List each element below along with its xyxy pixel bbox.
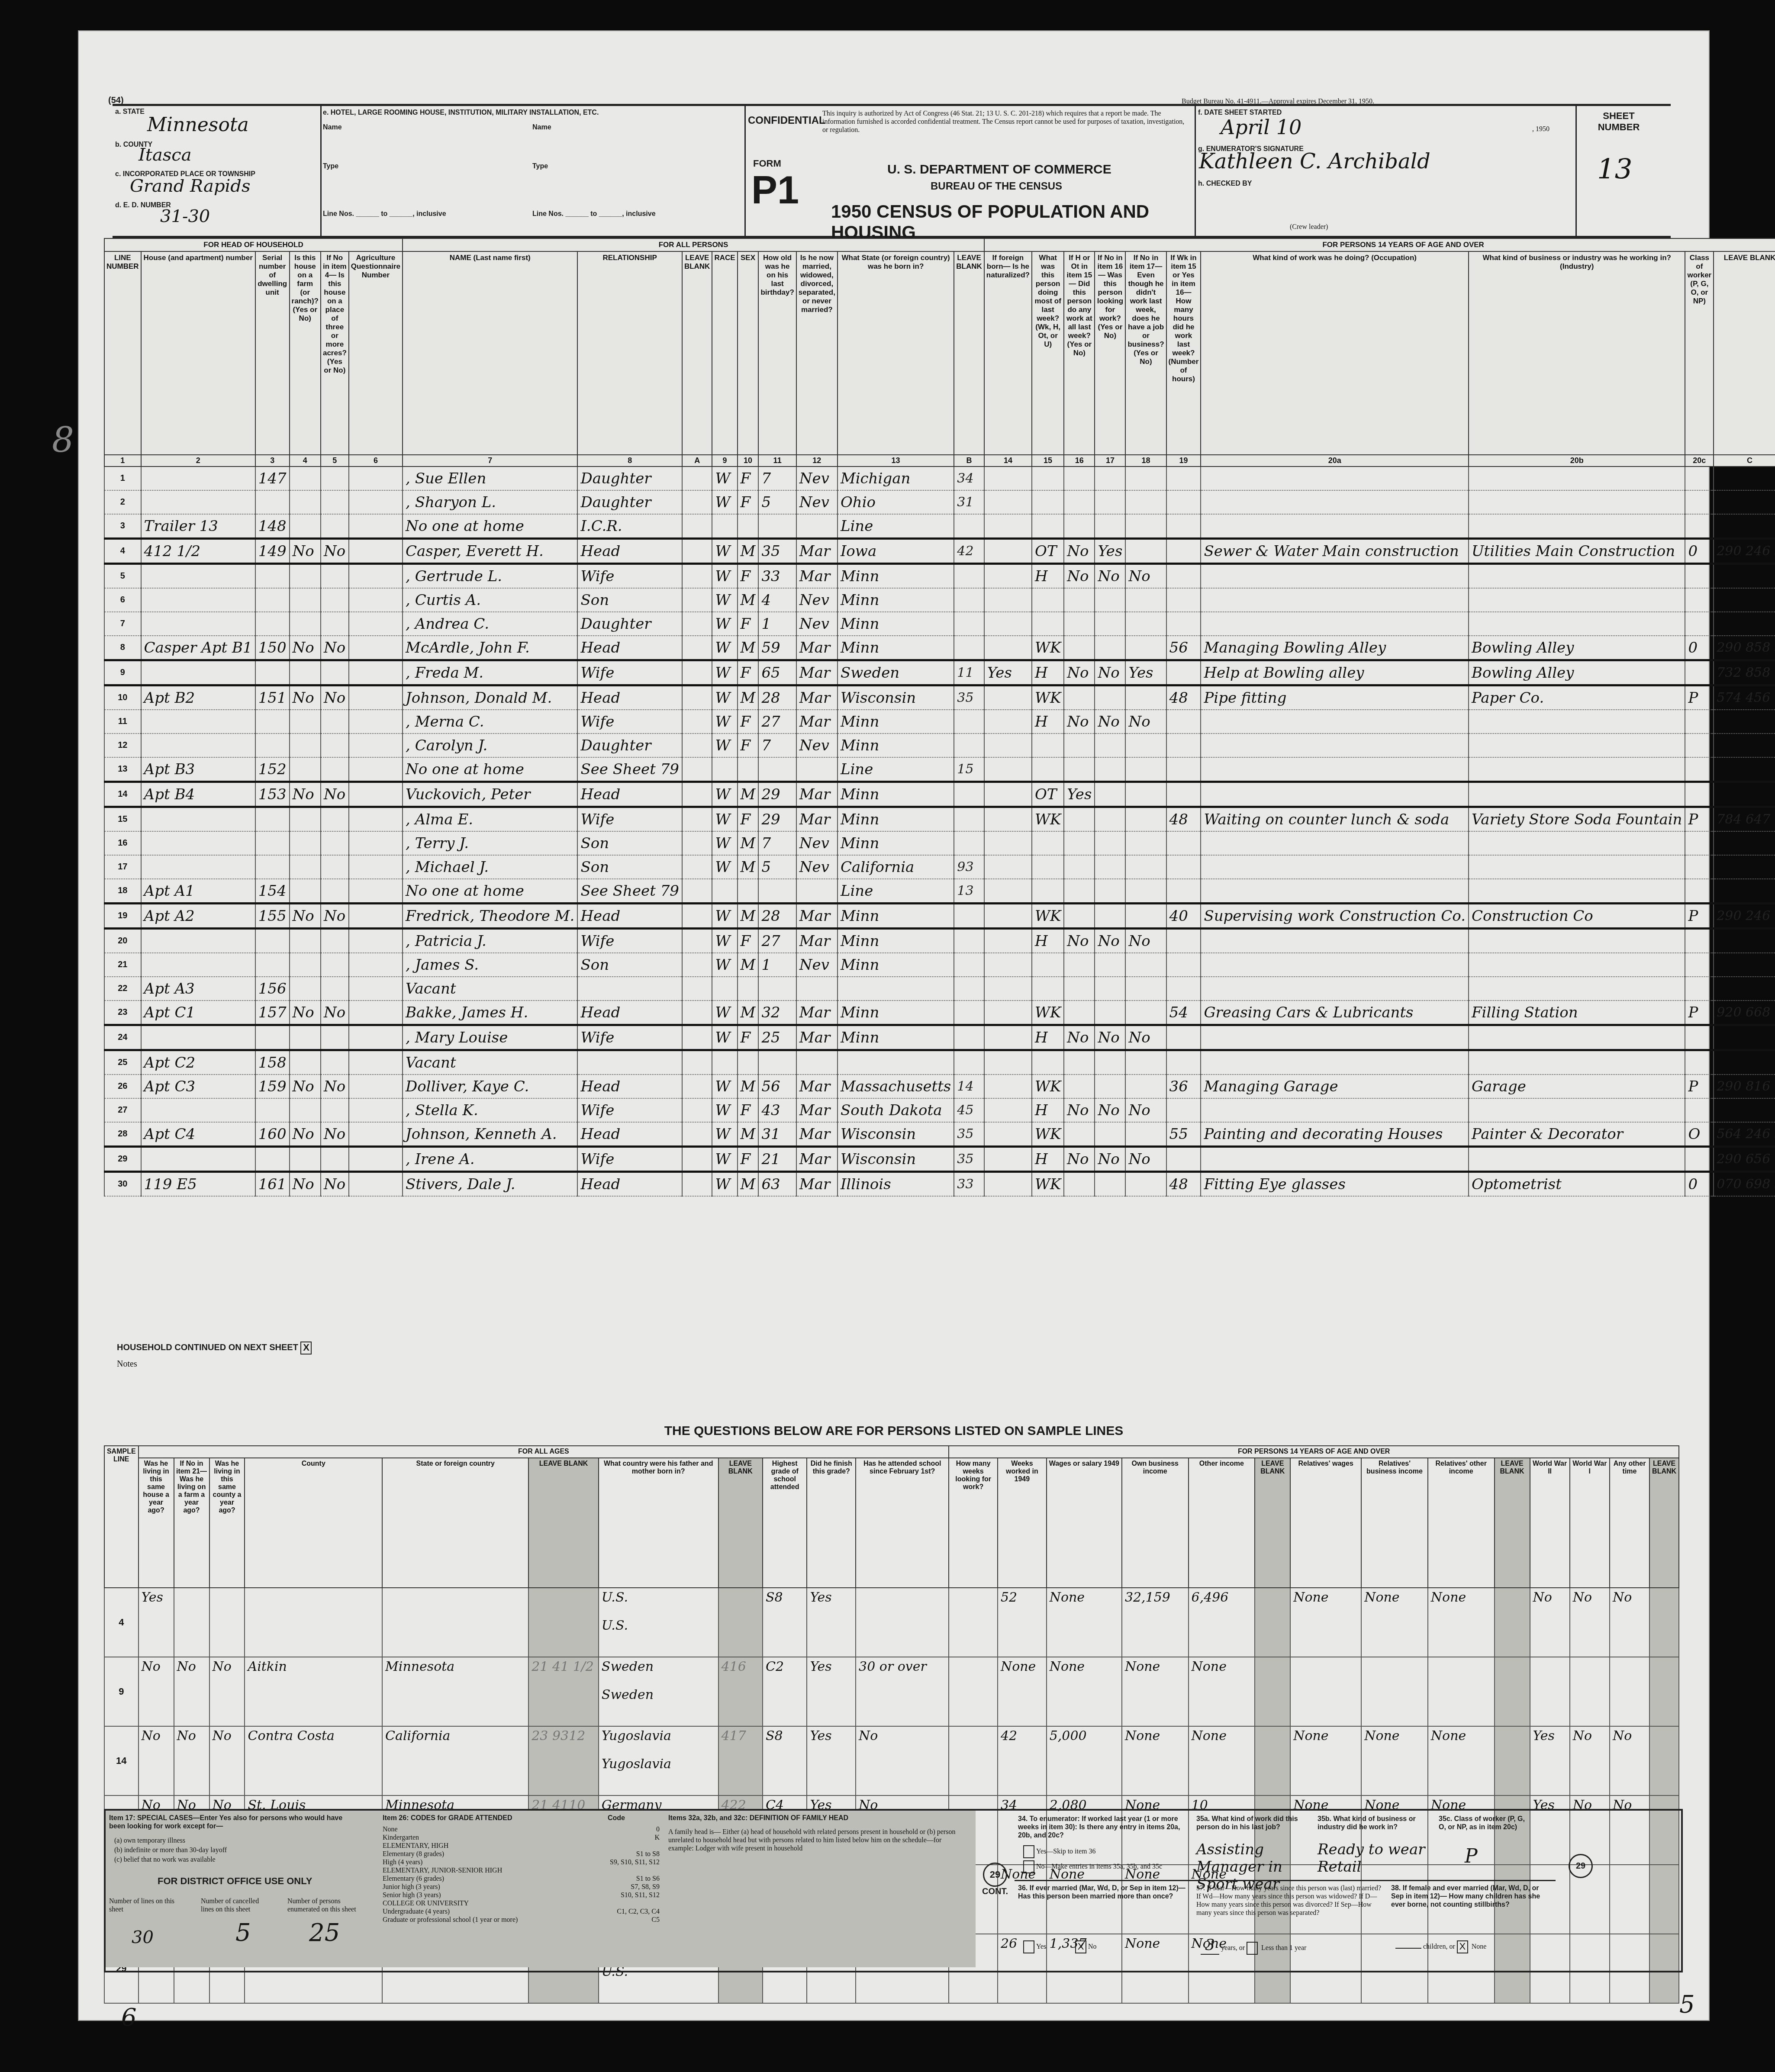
cell-race: W xyxy=(712,904,737,929)
cell-industry xyxy=(1469,1025,1685,1050)
colnum-12: 12 xyxy=(796,455,838,467)
line-number: 23 xyxy=(104,1001,141,1025)
cell-code xyxy=(1714,467,1775,490)
cell-farm: No xyxy=(290,1122,321,1147)
cell-hours xyxy=(1166,514,1201,539)
blank-cell xyxy=(349,564,403,589)
sample-cell-attended xyxy=(856,1588,949,1657)
cell-birthplace: Massachusetts xyxy=(838,1075,954,1098)
cell-class xyxy=(1685,1025,1714,1050)
inst-lines-label-1: Line Nos. ______ to ______, inclusive xyxy=(323,210,446,218)
line-number: 20 xyxy=(104,929,141,953)
sample-cell-ww1 xyxy=(1570,1657,1610,1726)
blank-cell xyxy=(349,953,403,977)
cell-acres: No xyxy=(321,636,349,660)
q34-no-checkbox[interactable] xyxy=(1023,1860,1034,1873)
cell-serial xyxy=(255,1147,290,1172)
sample-cell-e xyxy=(718,1588,763,1657)
cell-name: , Andrea C. xyxy=(403,612,577,636)
cell-rel: See Sheet 79 xyxy=(577,879,682,904)
sample-cell-q21: Yes xyxy=(139,1588,174,1657)
cell-house xyxy=(141,1098,255,1122)
cell-q18 xyxy=(1125,831,1166,855)
cell-sex: F xyxy=(738,929,759,953)
blank-cell xyxy=(349,588,403,612)
cell-farm xyxy=(290,588,321,612)
cell-rel xyxy=(577,1050,682,1075)
cell-marital: Nev xyxy=(796,953,838,977)
cell-activity xyxy=(1032,977,1064,1001)
cell-age: 5 xyxy=(758,855,796,879)
cell-b xyxy=(954,929,984,953)
cell-sex: F xyxy=(738,807,759,832)
cell-b: 11 xyxy=(954,660,984,685)
blank-cell xyxy=(682,588,712,612)
blank-cell xyxy=(349,879,403,904)
cell-name: , Carolyn J. xyxy=(403,734,577,757)
cell-name: Johnson, Donald M. xyxy=(403,685,577,710)
inst-name-label-1: Name xyxy=(323,123,342,132)
cell-serial: 151 xyxy=(255,685,290,710)
institution-block: e. HOTEL, LARGE ROOMING HOUSE, INSTITUTI… xyxy=(320,106,746,236)
cell-age: 7 xyxy=(758,734,796,757)
cell-name: , Alma E. xyxy=(403,807,577,832)
cell-sex: M xyxy=(738,1172,759,1197)
col-header-agri: Agriculture Questionnaire Number xyxy=(349,251,403,455)
cell-q18: No xyxy=(1125,929,1166,953)
sample-cell-wages: None xyxy=(1047,1657,1122,1726)
cell-house xyxy=(141,929,255,953)
cell-industry xyxy=(1469,612,1685,636)
cell-race: W xyxy=(712,807,737,832)
blank-cell xyxy=(349,1122,403,1147)
blank-cell xyxy=(682,1001,712,1025)
cell-age: 7 xyxy=(758,831,796,855)
cell-nat xyxy=(984,1075,1032,1098)
q36-yes-label: Yes xyxy=(1036,1943,1046,1950)
cell-acres: No xyxy=(321,1122,349,1147)
sample-cell-state: Minnesota xyxy=(382,1657,528,1726)
cell-q17: No xyxy=(1095,660,1125,685)
cell-industry xyxy=(1469,588,1685,612)
sample-col-21: Was he living in this same house a year … xyxy=(139,1458,174,1588)
cell-activity: H xyxy=(1032,1098,1064,1122)
col-header-q16: If H or Ot in item 15— Did this person d… xyxy=(1064,251,1095,455)
sample-cell-county: Aitkin xyxy=(245,1657,382,1726)
cell-rel: Head xyxy=(577,1122,682,1147)
cell-serial: 148 xyxy=(255,514,290,539)
grade-code-label: Graduate or professional school (1 year … xyxy=(383,1916,518,1924)
cell-sex xyxy=(738,757,759,782)
table-row: 18Apt A1154No one at homeSee Sheet 79Lin… xyxy=(104,879,1775,904)
cell-nat xyxy=(984,757,1032,782)
cell-b: 42 xyxy=(954,539,984,564)
crew-leader-label: (Crew leader) xyxy=(1290,223,1328,231)
cell-activity: H xyxy=(1032,929,1064,953)
blank-cell xyxy=(682,782,712,807)
cell-q16: No xyxy=(1064,1025,1095,1050)
cell-race: W xyxy=(712,710,737,734)
cell-q18 xyxy=(1125,734,1166,757)
grade-code-label: ELEMENTARY, JUNIOR-SENIOR HIGH xyxy=(383,1866,502,1875)
col-header-farm: Is this house on a farm (or ranch)? (Yes… xyxy=(290,251,321,455)
sample-col-32b: Relatives' business income xyxy=(1361,1458,1428,1588)
cell-age: 5 xyxy=(758,490,796,514)
cell-serial xyxy=(255,564,290,589)
cell-name: , Patricia J. xyxy=(403,929,577,953)
cell-sex: M xyxy=(738,855,759,879)
cell-code: 574 456 1 xyxy=(1714,685,1775,710)
cell-q16 xyxy=(1064,467,1095,490)
grade-code-row: Junior high (3 years)S7, S8, S9 xyxy=(383,1883,660,1891)
cell-farm: No xyxy=(290,685,321,710)
q34-yes-label: Yes—Skip to item 36 xyxy=(1036,1848,1096,1855)
sample-col-32a: Relatives' wages xyxy=(1290,1458,1361,1588)
q36-yes-checkbox[interactable] xyxy=(1023,1940,1034,1953)
section-all-persons: FOR ALL PERSONS xyxy=(403,238,984,251)
q38-none-checkbox[interactable]: X xyxy=(1457,1940,1468,1953)
cell-rel: Wife xyxy=(577,1025,682,1050)
cell-hours: 36 xyxy=(1166,1075,1201,1098)
cell-hours xyxy=(1166,564,1201,589)
cell-nat xyxy=(984,564,1032,589)
cell-serial xyxy=(255,490,290,514)
cell-birthplace: California xyxy=(838,855,954,879)
sample-questions-title: THE QUESTIONS BELOW ARE FOR PERSONS LIST… xyxy=(78,1424,1710,1438)
colnum-c: C xyxy=(1714,455,1775,467)
cell-activity xyxy=(1032,612,1064,636)
cell-q18 xyxy=(1125,855,1166,879)
cell-birthplace xyxy=(838,1050,954,1075)
cell-birthplace: Minn xyxy=(838,1001,954,1025)
cell-serial xyxy=(255,588,290,612)
line-number: 16 xyxy=(104,831,141,855)
cell-age: 27 xyxy=(758,929,796,953)
line-number: 29 xyxy=(104,1147,141,1172)
cell-activity xyxy=(1032,734,1064,757)
cell-birthplace: Wisconsin xyxy=(838,1122,954,1147)
cell-hours xyxy=(1166,855,1201,879)
cell-house xyxy=(141,855,255,879)
cell-q17 xyxy=(1095,612,1125,636)
cell-class xyxy=(1685,831,1714,855)
blank-cell xyxy=(349,757,403,782)
cell-age: 28 xyxy=(758,904,796,929)
cell-serial: 154 xyxy=(255,879,290,904)
household-continued-checkbox[interactable]: X xyxy=(300,1342,312,1355)
cell-acres xyxy=(321,660,349,685)
cell-class: P xyxy=(1685,1001,1714,1025)
colnum-15: 15 xyxy=(1032,455,1064,467)
q36-no-label: No xyxy=(1088,1943,1097,1950)
cell-house xyxy=(141,467,255,490)
cell-marital: Mar xyxy=(796,929,838,953)
table-row: 14Apt B4153NoNoVuckovich, PeterHeadWM29M… xyxy=(104,782,1775,807)
sample-cell-weeks_looking xyxy=(949,1657,998,1726)
line-number: 27 xyxy=(104,1098,141,1122)
cell-code xyxy=(1714,855,1775,879)
col-header-acres: If No in item 4— Is this house on a plac… xyxy=(321,251,349,455)
cell-farm: No xyxy=(290,1001,321,1025)
cell-marital: Mar xyxy=(796,660,838,685)
cell-birthplace: Minn xyxy=(838,612,954,636)
cell-birthplace: Minn xyxy=(838,1025,954,1050)
grade-code-row: Elementary (6 grades)S1 to S6 xyxy=(383,1875,660,1883)
grade-code-row: KindergartenK xyxy=(383,1834,660,1842)
cell-activity: WK xyxy=(1032,636,1064,660)
colnum-5: 5 xyxy=(321,455,349,467)
sample-col-32c: Relatives' other income xyxy=(1428,1458,1495,1588)
cell-acres xyxy=(321,879,349,904)
cell-activity: WK xyxy=(1032,1172,1064,1197)
margin-mark-bottom-left: 6 xyxy=(121,2004,137,2032)
state-label: a. STATE xyxy=(115,108,145,116)
cell-class: P xyxy=(1685,807,1714,832)
cell-birthplace: Wisconsin xyxy=(838,1147,954,1172)
sample-cell-rel_business: None xyxy=(1361,1726,1428,1795)
cell-q17: No xyxy=(1095,710,1125,734)
cell-hours xyxy=(1166,1147,1201,1172)
cell-birthplace: Line xyxy=(838,879,954,904)
cell-farm xyxy=(290,1147,321,1172)
cell-age: 1 xyxy=(758,612,796,636)
cell-nat xyxy=(984,612,1032,636)
cell-code xyxy=(1714,490,1775,514)
cell-industry: Painter & Decorator xyxy=(1469,1122,1685,1147)
cell-sex: F xyxy=(738,612,759,636)
cell-nat xyxy=(984,685,1032,710)
cell-code: 784 647 1 xyxy=(1714,807,1775,832)
cell-industry xyxy=(1469,734,1685,757)
cell-q17 xyxy=(1095,1122,1125,1147)
grade-code-row: None0 xyxy=(383,1825,660,1834)
q37-years: 3 xyxy=(1201,1936,1219,1955)
cell-age: 29 xyxy=(758,807,796,832)
cell-class xyxy=(1685,1098,1714,1122)
colnum-a: A xyxy=(682,455,712,467)
line-number: 12 xyxy=(104,734,141,757)
blank-cell xyxy=(682,1172,712,1197)
q38-children-blank[interactable] xyxy=(1395,1948,1421,1949)
line-number: 8 xyxy=(104,636,141,660)
lines-count-label: Number of lines on this sheet xyxy=(109,1897,178,1914)
cell-industry xyxy=(1469,782,1685,807)
place-value: Grand Rapids xyxy=(130,176,250,196)
cell-q17 xyxy=(1095,831,1125,855)
cell-age: 31 xyxy=(758,1122,796,1147)
blank-cell xyxy=(349,467,403,490)
bureau-name: BUREAU OF THE CENSUS xyxy=(931,180,1062,193)
cell-activity: WK xyxy=(1032,1122,1064,1147)
cell-industry xyxy=(1469,1050,1685,1075)
cell-acres xyxy=(321,977,349,1001)
cell-q18 xyxy=(1125,636,1166,660)
line-number: 18 xyxy=(104,879,141,904)
cell-acres xyxy=(321,1147,349,1172)
col-header-class: Class of worker (P, G, O, or NP) xyxy=(1685,251,1714,455)
cell-class xyxy=(1685,1050,1714,1075)
cell-q18: No xyxy=(1125,1025,1166,1050)
title-block: CONFIDENTIAL This inquiry is authorized … xyxy=(744,106,1196,236)
cell-b: 31 xyxy=(954,490,984,514)
cell-house: Apt A2 xyxy=(141,904,255,929)
blank-cell xyxy=(682,757,712,782)
sample-cell-q22: No xyxy=(174,1726,209,1795)
cell-race: W xyxy=(712,490,737,514)
col-header-q17: If No in item 16— Was this person lookin… xyxy=(1095,251,1125,455)
grade-code-value: K xyxy=(654,1834,660,1842)
line-number: 9 xyxy=(104,660,141,685)
cell-sex: F xyxy=(738,1025,759,1050)
cell-birthplace: Wisconsin xyxy=(838,685,954,710)
cell-marital: Mar xyxy=(796,782,838,807)
cell-name: No one at home xyxy=(403,514,577,539)
q37-text: 37. If Mar—How many years since this per… xyxy=(1196,1884,1387,1917)
sample-cell-rel_business: None xyxy=(1361,1588,1428,1657)
cell-q18: No xyxy=(1125,564,1166,589)
sample-col-22: If No in item 21— Was he living on a far… xyxy=(174,1458,209,1588)
sample-cell-own_business: 32,159 xyxy=(1122,1588,1189,1657)
cell-house: Apt A3 xyxy=(141,977,255,1001)
cell-age: 32 xyxy=(758,1001,796,1025)
cell-q18 xyxy=(1125,879,1166,904)
grade-codes-header: Code xyxy=(608,1814,625,1822)
cell-activity: WK xyxy=(1032,1001,1064,1025)
sample-cell-h xyxy=(1649,1657,1679,1726)
blank-cell xyxy=(349,904,403,929)
cell-b xyxy=(954,977,984,1001)
cell-q16 xyxy=(1064,977,1095,1001)
cell-occupation xyxy=(1201,1098,1469,1122)
cell-acres xyxy=(321,807,349,832)
grade-code-label: Elementary (6 grades) xyxy=(383,1875,444,1883)
colnum-6: 6 xyxy=(349,455,403,467)
cell-code xyxy=(1714,1025,1775,1050)
cell-marital: Mar xyxy=(796,1098,838,1122)
cell-q16 xyxy=(1064,807,1095,832)
cell-name: Dolliver, Kaye C. xyxy=(403,1075,577,1098)
cell-birthplace: Iowa xyxy=(838,539,954,564)
q34-yes-checkbox[interactable] xyxy=(1023,1845,1034,1858)
cell-age: 28 xyxy=(758,685,796,710)
dept-name: U. S. DEPARTMENT OF COMMERCE xyxy=(887,162,1111,177)
sample-cell-grade: S8 xyxy=(763,1726,807,1795)
cell-hours xyxy=(1166,588,1201,612)
blank-cell xyxy=(349,831,403,855)
cell-acres xyxy=(321,953,349,977)
cell-race: W xyxy=(712,929,737,953)
q35b-answer: Ready to wear Retail xyxy=(1318,1841,1430,1876)
cell-house xyxy=(141,807,255,832)
cell-class xyxy=(1685,929,1714,953)
cell-house: Apt C2 xyxy=(141,1050,255,1075)
q36-no-checkbox[interactable]: X xyxy=(1075,1940,1086,1953)
cell-marital xyxy=(796,977,838,1001)
grade-code-row: Graduate or professional school (1 year … xyxy=(383,1916,660,1924)
cell-farm xyxy=(290,564,321,589)
cell-q16 xyxy=(1064,953,1095,977)
colnum-2: 2 xyxy=(141,455,255,467)
cell-occupation xyxy=(1201,757,1469,782)
cell-race xyxy=(712,514,737,539)
blank-cell xyxy=(682,1050,712,1075)
cell-nat xyxy=(984,782,1032,807)
cell-serial xyxy=(255,855,290,879)
sample-cell-weeks_worked: 52 xyxy=(998,1588,1047,1657)
cell-sex: M xyxy=(738,685,759,710)
blank-cell xyxy=(682,831,712,855)
colnum-13: 13 xyxy=(838,455,954,467)
cell-code xyxy=(1714,929,1775,953)
cell-nat xyxy=(984,1122,1032,1147)
cell-acres xyxy=(321,1098,349,1122)
sample-cell-h xyxy=(1649,1726,1679,1795)
sample-cell-attended: 30 or over xyxy=(856,1657,949,1726)
colnum-7: 7 xyxy=(403,455,577,467)
cell-occupation xyxy=(1201,564,1469,589)
cell-class xyxy=(1685,977,1714,1001)
cell-b xyxy=(954,514,984,539)
cell-nat xyxy=(984,710,1032,734)
line-number: 28 xyxy=(104,1122,141,1147)
cell-code xyxy=(1714,734,1775,757)
cell-industry xyxy=(1469,514,1685,539)
sample-col-31c: Other income xyxy=(1189,1458,1255,1588)
special-case-c: (c) belief that no work was available xyxy=(114,1856,216,1864)
cell-industry xyxy=(1469,467,1685,490)
sample-cell-own_business: None xyxy=(1122,1726,1189,1795)
cell-rel: Head xyxy=(577,1001,682,1025)
mother-birthplace: U.S. xyxy=(602,1618,715,1633)
sheet-number-label: SHEET NUMBER xyxy=(1584,110,1653,133)
table-row: 29, Irene A.WifeWF21MarWisconsin35HNoNoN… xyxy=(104,1147,1775,1172)
cell-nat xyxy=(984,467,1032,490)
blank-cell xyxy=(349,636,403,660)
cell-occupation: Help at Bowling alley xyxy=(1201,660,1469,685)
grade-code-value: S7, S8, S9 xyxy=(631,1883,660,1891)
sample-col-33c: Any other time xyxy=(1610,1458,1649,1588)
cell-hours xyxy=(1166,782,1201,807)
cell-class xyxy=(1685,564,1714,589)
cell-house xyxy=(141,660,255,685)
cell-age xyxy=(758,1050,796,1075)
q38-none-label: None xyxy=(1472,1943,1487,1950)
cell-b: 93 xyxy=(954,855,984,879)
cell-code xyxy=(1714,514,1775,539)
cell-nat xyxy=(984,977,1032,1001)
cell-nat xyxy=(984,1025,1032,1050)
table-row: 13Apt B3152No one at homeSee Sheet 79Lin… xyxy=(104,757,1775,782)
cell-occupation xyxy=(1201,612,1469,636)
cell-farm: No xyxy=(290,636,321,660)
q37-less-checkbox[interactable] xyxy=(1247,1942,1258,1955)
cell-sex: F xyxy=(738,1098,759,1122)
cell-marital xyxy=(796,1050,838,1075)
cell-house xyxy=(141,588,255,612)
cell-q18 xyxy=(1125,807,1166,832)
sample-cell-q21: No xyxy=(139,1657,174,1726)
cell-serial xyxy=(255,710,290,734)
cell-occupation xyxy=(1201,514,1469,539)
cell-activity xyxy=(1032,855,1064,879)
blank-cell xyxy=(349,490,403,514)
cell-q17: No xyxy=(1095,564,1125,589)
sheet-number: 13 xyxy=(1597,154,1632,186)
blank-cell xyxy=(682,879,712,904)
cell-farm xyxy=(290,514,321,539)
col-header-industry: What kind of business or industry was he… xyxy=(1469,251,1685,455)
cell-rel: See Sheet 79 xyxy=(577,757,682,782)
